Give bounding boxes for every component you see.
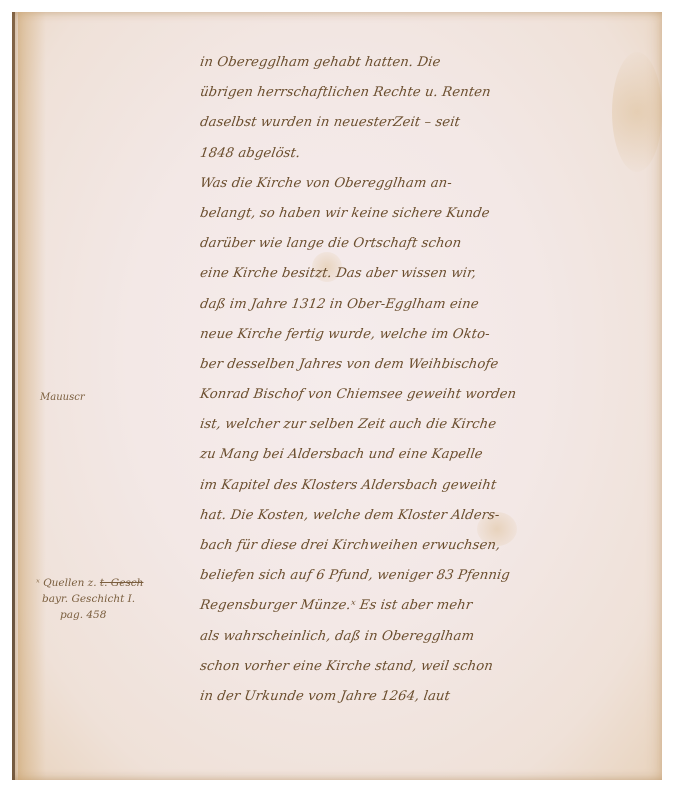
- text-line: daß im Jahre 1312 in Ober-Egglham eine: [198, 290, 622, 320]
- margin-note-source-reference: ˣ Quellen z. t. Gesch bayr. Geschicht I.…: [36, 575, 143, 623]
- text-line: übrigen herrschaftlichen Rechte u. Rente…: [198, 78, 622, 108]
- margin-note-line: pag. 458: [36, 607, 143, 623]
- text-line: als wahrscheinlich, daß in Oberegglham: [198, 622, 622, 652]
- text-line: zu Mang bei Aldersbach und eine Kapelle: [198, 440, 622, 470]
- margin-note-line: ˣ Quellen z. t. Gesch: [36, 575, 143, 591]
- manuscript-body: in Oberegglham gehabt hatten. Die übrige…: [200, 48, 620, 712]
- text-line: Konrad Bischof von Chiemsee geweiht word…: [198, 380, 622, 410]
- text-line: daselbst wurden in neuesterZeit – seit: [198, 108, 622, 138]
- margin-note-manuscript: Mauuscr: [40, 392, 85, 403]
- text-line: beliefen sich auf 6 Pfund, weniger 83 Pf…: [198, 561, 622, 591]
- text-line: ist, welcher zur selben Zeit auch die Ki…: [198, 410, 622, 440]
- text-line: darüber wie lange die Ortschaft schon: [198, 229, 622, 259]
- text-line: Regensburger Münze.ˣ Es ist aber mehr: [198, 591, 622, 621]
- text-line: neue Kirche fertig wurde, welche im Okto…: [198, 320, 622, 350]
- text-line: 1848 abgelöst.: [198, 139, 622, 169]
- text-line: im Kapitel des Klosters Aldersbach gewei…: [198, 471, 622, 501]
- text-line: in der Urkunde vom Jahre 1264, laut: [198, 682, 622, 712]
- manuscript-page: Mauuscr ˣ Quellen z. t. Gesch bayr. Gesc…: [12, 12, 662, 780]
- text-line: belangt, so haben wir keine sichere Kund…: [198, 199, 622, 229]
- text-line: Was die Kirche von Oberegglham an-: [198, 169, 622, 199]
- text-line: in Oberegglham gehabt hatten. Die: [198, 48, 622, 78]
- text-line: ber desselben Jahres von dem Weihbischof…: [198, 350, 622, 380]
- text-line: eine Kirche besitzt. Das aber wissen wir…: [198, 259, 622, 289]
- text-line: bach für diese drei Kirchweihen erwuchse…: [198, 531, 622, 561]
- text-line: hat. Die Kosten, welche dem Kloster Alde…: [198, 501, 622, 531]
- margin-note-prefix: ˣ Quellen z.: [36, 577, 97, 589]
- margin-note-struck-text: t. Gesch: [100, 577, 144, 589]
- margin-note-line: bayr. Geschicht I.: [36, 591, 143, 607]
- text-line: schon vorher eine Kirche stand, weil sch…: [198, 652, 622, 682]
